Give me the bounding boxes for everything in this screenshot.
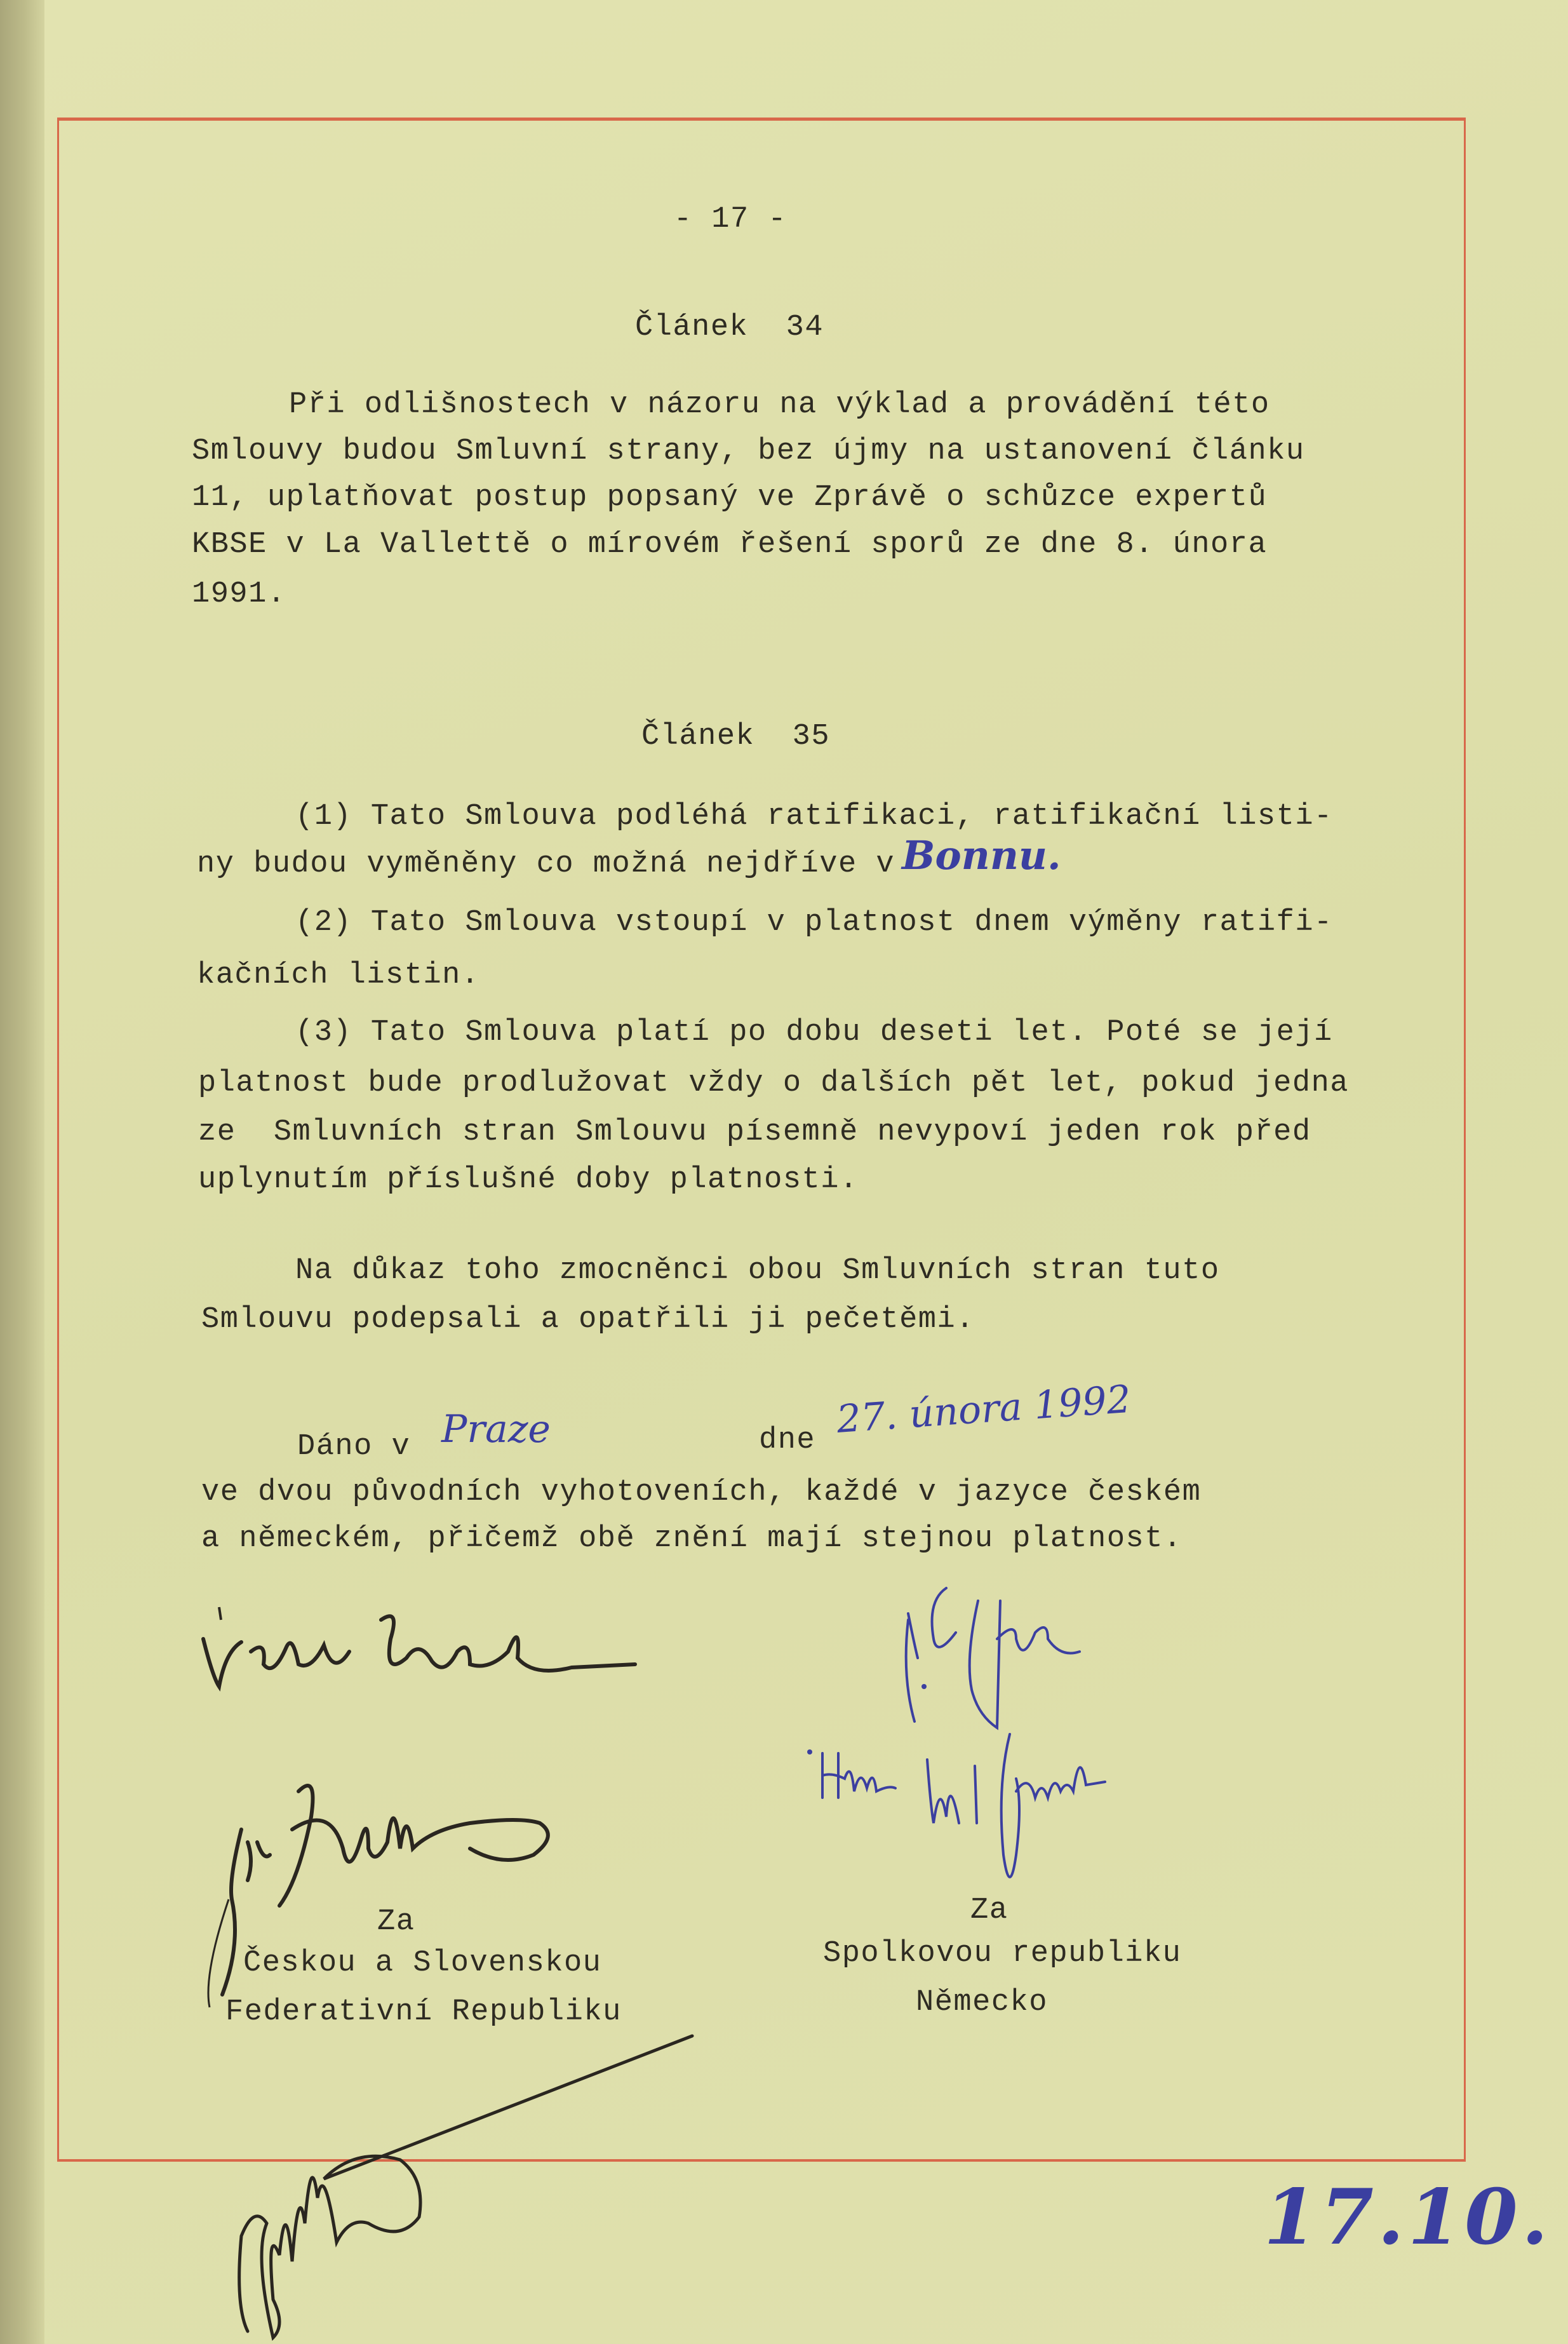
right-za-label: Za (970, 1893, 1008, 1929)
left-party-line-1: Českou a Slovenskou (243, 1946, 601, 1981)
date-label: dne (759, 1423, 815, 1458)
article-34-line-1: Při odlišnostech v názoru na výklad a pr… (289, 387, 1270, 423)
article-35-para-3-line-2: platnost bude prodlužovat vždy o dalších… (198, 1066, 1349, 1101)
article-34-line-5: 1991. (192, 577, 286, 612)
handwritten-place-praze: Praze (441, 1407, 551, 1452)
left-party-line-2: Federativní Republiku (225, 1995, 622, 2030)
article-34-heading: Článek 34 (635, 310, 824, 346)
article-35-para-3-line-3: ze Smluvních stran Smlouvu písemně nevyp… (198, 1115, 1311, 1150)
article-35-para-1-line-2: ny budou vyměněny co možná nejdříve v (197, 847, 895, 882)
book-binding-shadow (0, 0, 44, 2344)
signature-genscher (807, 1728, 1473, 1931)
given-in-label: Dáno v (297, 1429, 410, 1465)
left-za-label: Za (377, 1904, 415, 1940)
closing-line-2: Smlouvu podepsali a opatřili ji pečetěmi… (201, 1302, 975, 1338)
copies-line-2: a německém, přičemž obě znění mají stejn… (201, 1521, 1183, 1557)
page-number: - 17 - (667, 202, 794, 238)
handwritten-place-bonn: Bonnu. (902, 832, 1061, 879)
closing-line-1: Na důkaz toho zmocněnci obou Smluvních s… (295, 1253, 1220, 1289)
article-35-para-2-line-1: (2) Tato Smlouva vstoupí v platnost dnem… (295, 905, 1333, 941)
article-35-para-1-line-1: (1) Tato Smlouva podléhá ratifikaci, rat… (295, 799, 1333, 835)
right-party-line-1: Spolkovou republiku (823, 1936, 1181, 1972)
article-35-para-3-line-4: uplynutím příslušné doby platnosti. (198, 1162, 859, 1198)
copies-line-1: ve dvou původních vyhotoveních, každé v … (201, 1475, 1201, 1511)
article-34-line-4: KBSE v La Vallettě o mírovém řešení spor… (192, 527, 1267, 563)
signature-vaclav-havel (191, 1582, 762, 1721)
handwritten-margin-note: 17.10. (1264, 2172, 1552, 2262)
article-35-heading: Článek 35 (641, 719, 830, 755)
signature-kohl (870, 1563, 1315, 1753)
right-party-line-2: Německo (916, 1985, 1048, 2021)
article-35-para-2-line-2: kačních listin. (197, 958, 480, 994)
article-34-line-2: Smlouvy budou Smluvní strany, bez újmy n… (192, 434, 1305, 469)
article-35-para-3-line-1: (3) Tato Smlouva platí po dobu deseti le… (295, 1015, 1333, 1051)
margin-signature-black (127, 2033, 699, 2338)
article-34-line-3: 11, uplatňovat postup popsaný ve Zprávě … (192, 480, 1267, 516)
